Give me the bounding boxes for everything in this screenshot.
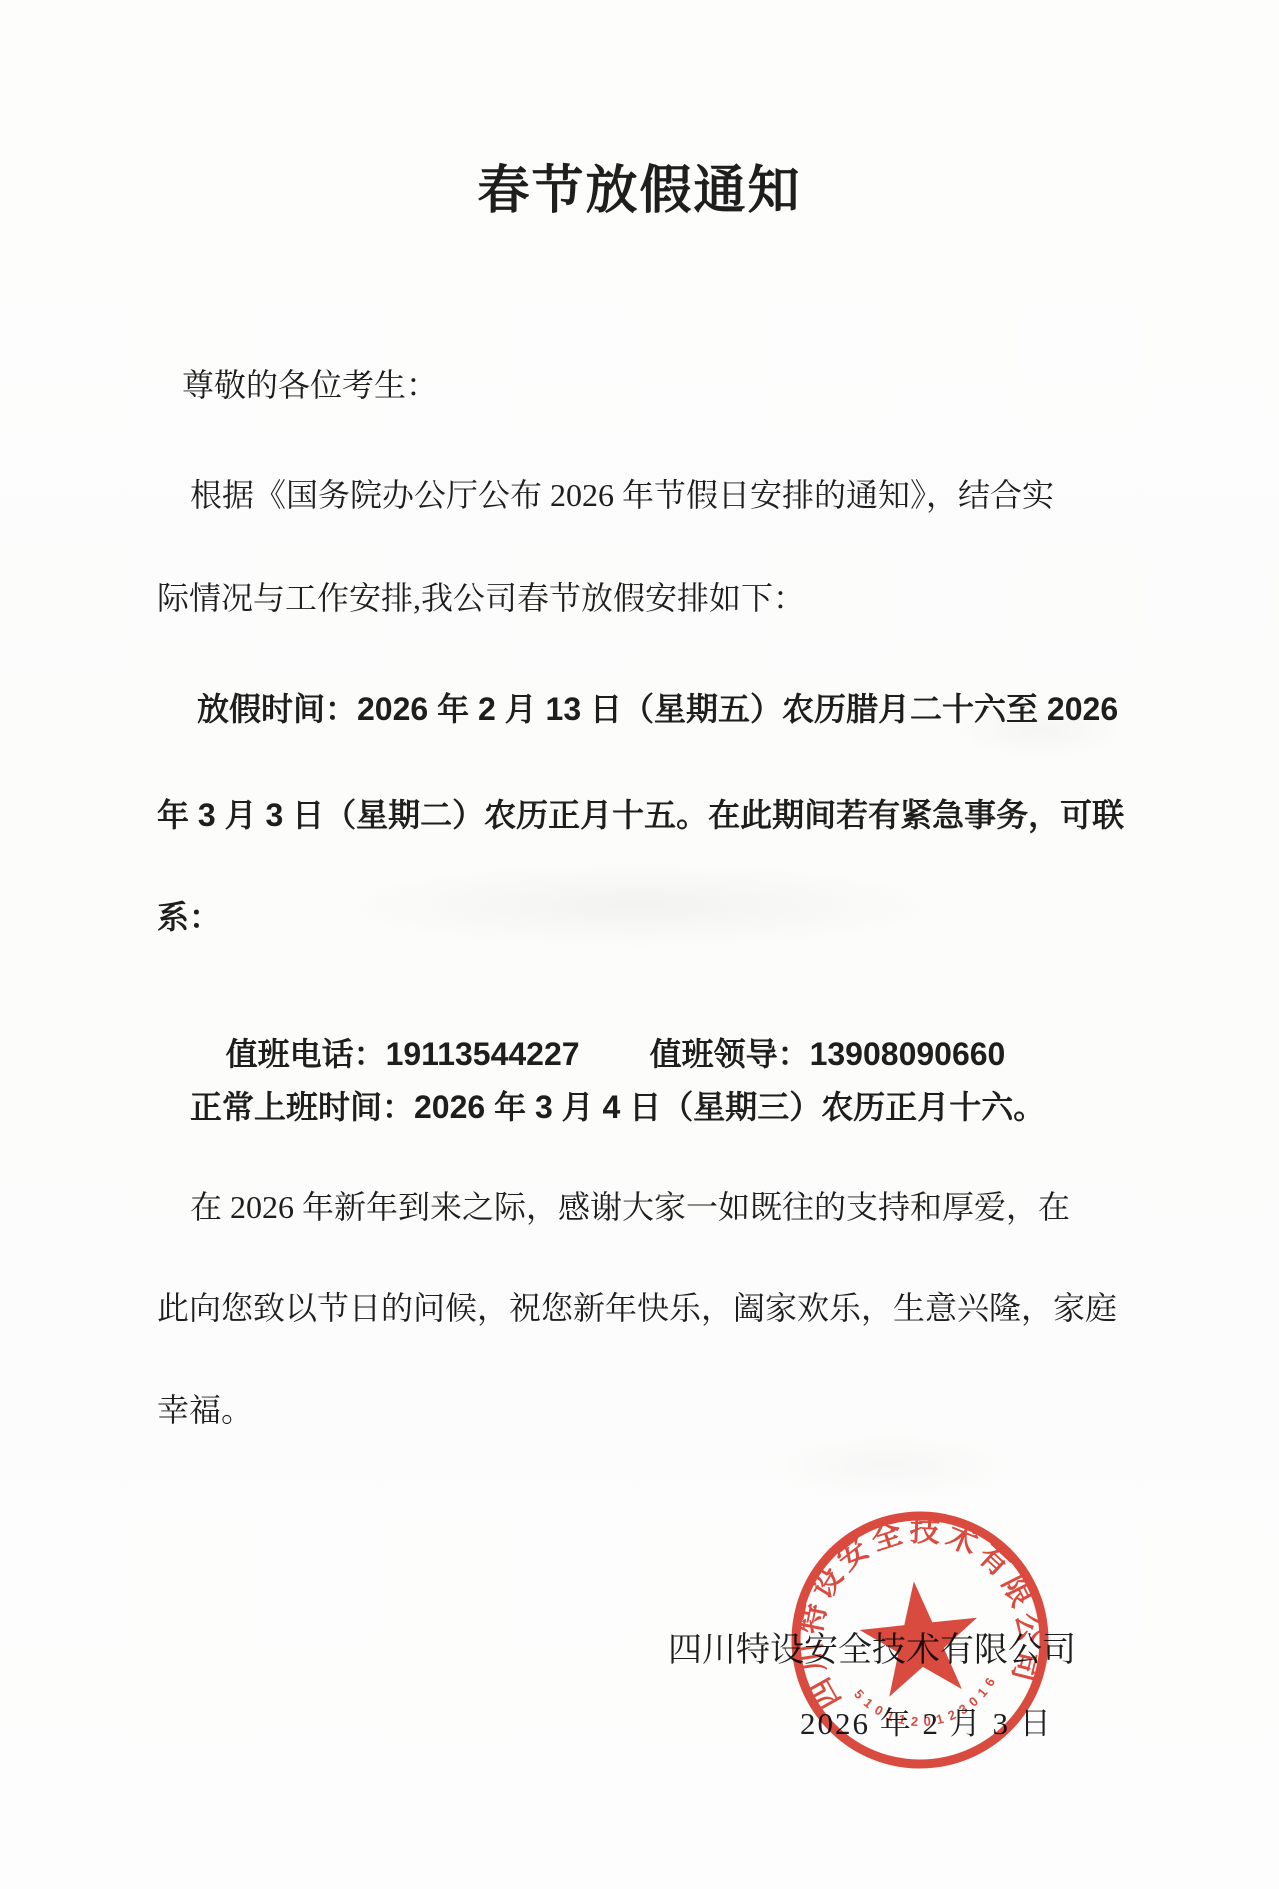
company-seal-stamp: 四川特设安全技术有限公司 5101120123016 — [766, 1486, 1074, 1794]
duty-leader: 值班领导：13908090660 — [650, 1036, 1006, 1072]
salutation: 尊敬的各位考生： — [182, 360, 438, 406]
holiday-time-line-1: 放假时间：2026 年 2 月 13 日（星期五）农历腊月二十六至 2026 — [197, 684, 1118, 730]
holiday-time-line-3: 系： — [157, 892, 221, 938]
scanned-notice-page: 春节放假通知 尊敬的各位考生： 根据《国务院办公厅公布 2026 年节假日安排的… — [0, 0, 1279, 1889]
body-line-1: 根据《国务院办公厅公布 2026 年节假日安排的通知》，结合实 — [190, 470, 1054, 516]
seal-serial-number: 5101120123016 — [850, 1672, 1002, 1736]
holiday-time-line-2: 年 3 月 3 日（星期二）农历正月十五。在此期间若有紧急事务，可联 — [157, 790, 1124, 836]
notice-title: 春节放假通知 — [0, 148, 1279, 223]
scan-smudge — [760, 1430, 1020, 1500]
duty-phone: 值班电话：19113544227 — [226, 1036, 580, 1072]
seal-star-icon — [855, 1575, 984, 1699]
greeting-line-1: 在 2026 年新年到来之际，感谢大家一如既往的支持和厚爱，在 — [190, 1182, 1070, 1228]
work-resume-line: 正常上班时间：2026 年 3 月 4 日（星期三）农历正月十六。 — [190, 1082, 1045, 1128]
scan-smudge — [330, 860, 950, 950]
body-line-2: 际情况与工作安排,我公司春节放假安排如下： — [157, 573, 805, 619]
greeting-line-3: 幸福。 — [157, 1385, 253, 1431]
greeting-line-2: 此向您致以节日的问候，祝您新年快乐，阖家欢乐，生意兴隆，家庭 — [157, 1283, 1117, 1329]
